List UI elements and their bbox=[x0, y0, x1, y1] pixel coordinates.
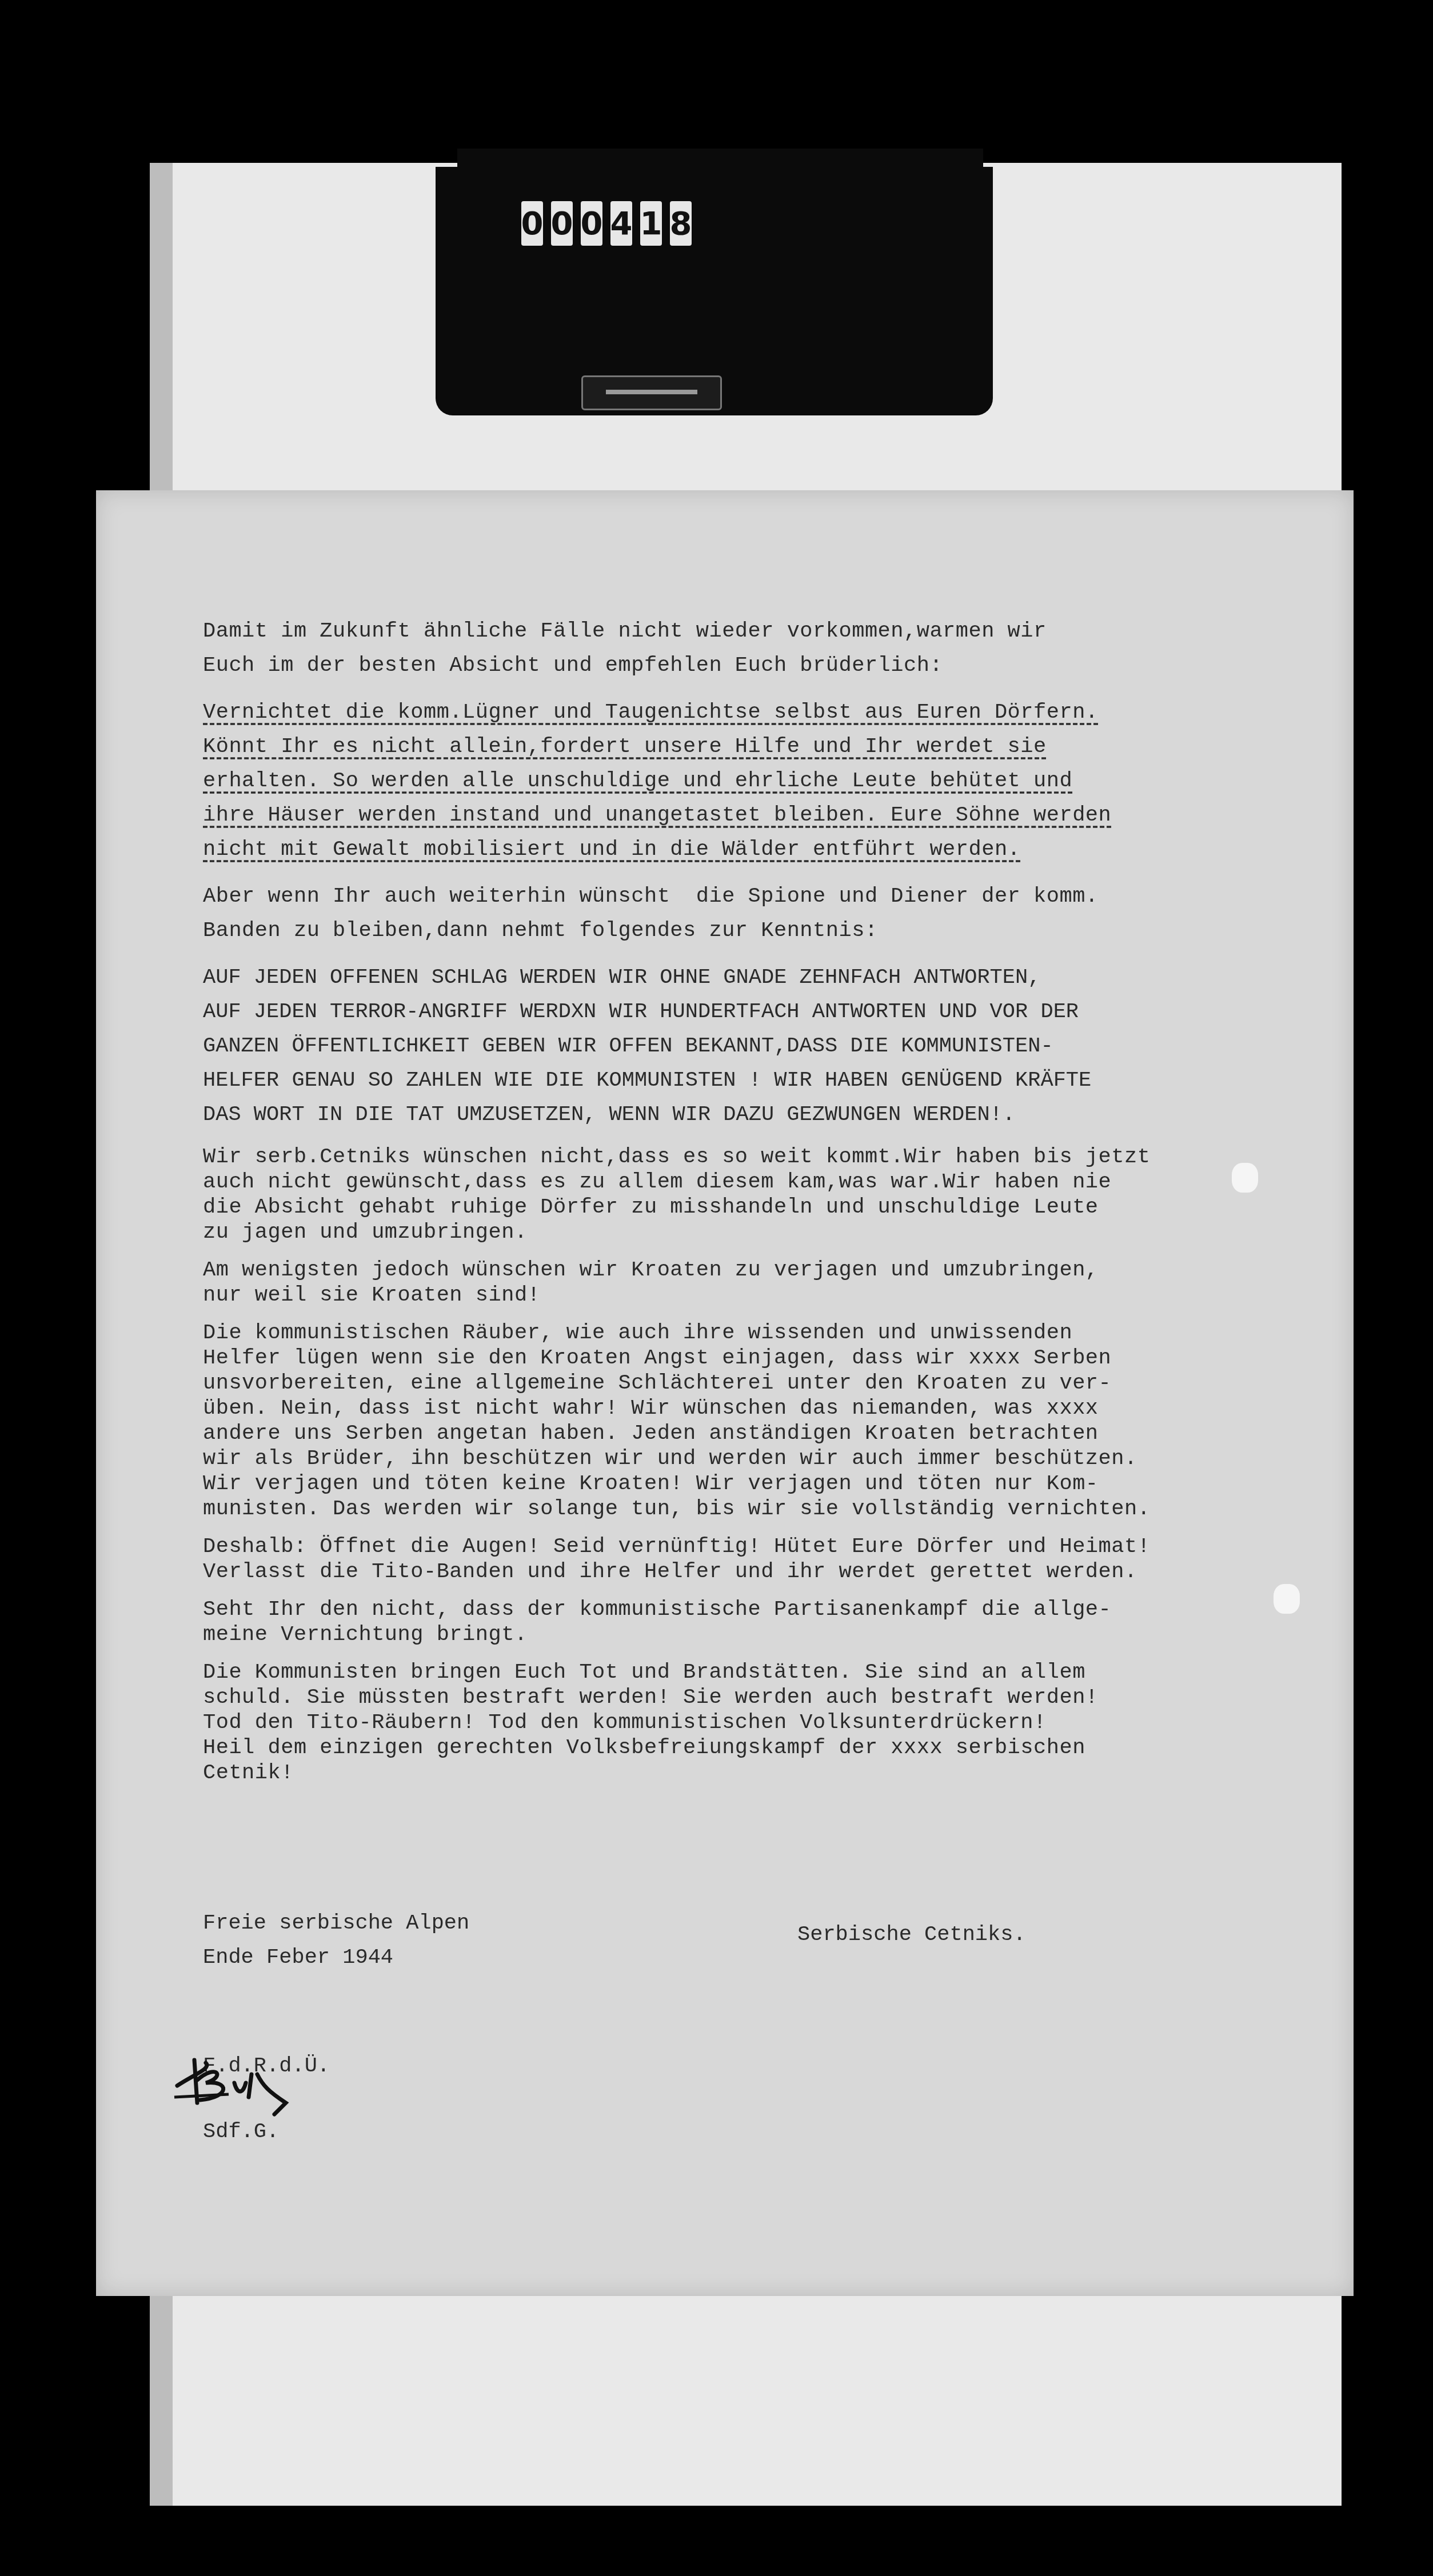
text-line: zu jagen und umzubringen. bbox=[203, 1220, 1358, 1245]
paragraph: Vernichtet die komm.Lügner und Taugenich… bbox=[203, 695, 1358, 867]
text-line: Verlasst die Tito-Banden und ihre Helfer… bbox=[203, 1559, 1358, 1585]
paragraph: Am wenigsten jedoch wünschen wir Kroaten… bbox=[203, 1258, 1358, 1308]
text-line: Die kommunistischen Räuber, wie auch ihr… bbox=[203, 1321, 1358, 1346]
text-line: Aber wenn Ihr auch weiterhin wünscht die… bbox=[203, 879, 1358, 914]
handwritten-signature bbox=[171, 2051, 360, 2120]
text-line: andere uns Serben angetan haben. Jeden a… bbox=[203, 1421, 1358, 1446]
text-line: Am wenigsten jedoch wünschen wir Kroaten… bbox=[203, 1258, 1358, 1283]
closing-date: Ende Feber 1944 bbox=[203, 1946, 393, 1970]
paragraph-gap bbox=[203, 1786, 1358, 1798]
text-line: munisten. Das werden wir solange tun, bi… bbox=[203, 1497, 1358, 1522]
signer-rank: Sdf.G. bbox=[203, 2120, 279, 2144]
counter-digit: 0 bbox=[551, 201, 573, 246]
paragraph: Damit im Zukunft ähnliche Fälle nicht wi… bbox=[203, 614, 1358, 683]
text-line: Die Kommunisten bringen Euch Tot und Bra… bbox=[203, 1660, 1358, 1685]
text-line: nur weil sie Kroaten sind! bbox=[203, 1283, 1358, 1308]
paragraph: AUF JEDEN OFFENEN SCHLAG WERDEN WIR OHNE… bbox=[203, 961, 1358, 1132]
paragraph: Die kommunistischen Räuber, wie auch ihr… bbox=[203, 1321, 1358, 1522]
right-margin-dark bbox=[1354, 490, 1433, 2576]
paragraph: Deshalb: Öffnet die Augen! Seid vernünft… bbox=[203, 1534, 1358, 1585]
text-line: AUF JEDEN OFFENEN SCHLAG WERDEN WIR OHNE… bbox=[203, 961, 1358, 995]
paragraph-gap bbox=[203, 1245, 1358, 1258]
text-line: Vernichtet die komm.Lügner und Taugenich… bbox=[203, 695, 1358, 730]
text-line: Helfer lügen wenn sie den Kroaten Angst … bbox=[203, 1346, 1358, 1371]
paragraph: Wir serb.Cetniks wünschen nicht,dass es … bbox=[203, 1145, 1358, 1245]
counter-digit: 0 bbox=[521, 201, 543, 246]
frame-counter-digits: 000418 bbox=[521, 201, 692, 246]
text-line: schuld. Sie müssten bestraft werden! Sie… bbox=[203, 1685, 1358, 1710]
frame-counter-plate bbox=[581, 375, 722, 410]
paragraph-gap bbox=[203, 1647, 1358, 1660]
paragraph-gap bbox=[203, 683, 1358, 695]
text-line: wir als Brüder, ihn beschützen wir und w… bbox=[203, 1446, 1358, 1471]
text-line: Heil dem einzigen gerechten Volksbefreiu… bbox=[203, 1735, 1358, 1761]
text-line: Tod den Tito-Räubern! Tod den kommunisti… bbox=[203, 1710, 1358, 1735]
paragraph: Die Kommunisten bringen Euch Tot und Bra… bbox=[203, 1660, 1358, 1786]
text-line: Seht Ihr den nicht, dass der kommunistis… bbox=[203, 1597, 1358, 1622]
text-line: unsvorbereiten, eine allgemeine Schlächt… bbox=[203, 1371, 1358, 1396]
counter-digit: 1 bbox=[640, 201, 662, 246]
text-line: Deshalb: Öffnet die Augen! Seid vernünft… bbox=[203, 1534, 1358, 1559]
paragraph-gap bbox=[203, 1308, 1358, 1321]
paragraph: Seht Ihr den nicht, dass der kommunistis… bbox=[203, 1597, 1358, 1647]
text-line: nicht mit Gewalt mobilisiert und in die … bbox=[203, 833, 1358, 867]
text-line: Wir verjagen und töten keine Kroaten! Wi… bbox=[203, 1471, 1358, 1497]
paragraph-gap bbox=[203, 1132, 1358, 1145]
text-line: Cetnik! bbox=[203, 1761, 1358, 1786]
paragraph-gap bbox=[203, 948, 1358, 961]
text-line: Könnt Ihr es nicht allein,fordert unsere… bbox=[203, 730, 1358, 764]
paragraph-gap bbox=[203, 1585, 1358, 1597]
counter-digit: 0 bbox=[581, 201, 602, 246]
text-line: auch nicht gewünscht,dass es zu allem di… bbox=[203, 1170, 1358, 1195]
text-line: Banden zu bleiben,dann nehmt folgendes z… bbox=[203, 914, 1358, 948]
text-line: ihre Häuser werden instand und unangetas… bbox=[203, 798, 1358, 833]
text-line: AUF JEDEN TERROR-ANGRIFF WERDXN WIR HUND… bbox=[203, 995, 1358, 1029]
closing-signatory: Serbische Cetniks. bbox=[797, 1923, 1026, 1947]
paragraph-gap bbox=[203, 867, 1358, 879]
text-line: Damit im Zukunft ähnliche Fälle nicht wi… bbox=[203, 614, 1358, 649]
counter-digit: 8 bbox=[670, 201, 692, 246]
text-line: HELFER GENAU SO ZAHLEN WIE DIE KOMMUNIST… bbox=[203, 1063, 1358, 1098]
text-line: erhalten. So werden alle unschuldige und… bbox=[203, 764, 1358, 798]
text-line: Wir serb.Cetniks wünschen nicht,dass es … bbox=[203, 1145, 1358, 1170]
text-line: meine Vernichtung bringt. bbox=[203, 1622, 1358, 1647]
paragraph: Aber wenn Ihr auch weiterhin wünscht die… bbox=[203, 879, 1358, 948]
document-body: Damit im Zukunft ähnliche Fälle nicht wi… bbox=[203, 614, 1358, 1798]
frame-counter: 000418 bbox=[436, 167, 993, 415]
closing-place: Freie serbische Alpen bbox=[203, 1911, 469, 1935]
text-line: GANZEN ÖFFENTLICHKEIT GEBEN WIR OFFEN BE… bbox=[203, 1029, 1358, 1063]
text-line: Euch im der besten Absicht und empfehlen… bbox=[203, 649, 1358, 683]
text-line: üben. Nein, dass ist nicht wahr! Wir wün… bbox=[203, 1396, 1358, 1421]
counter-digit: 4 bbox=[610, 201, 632, 246]
text-line: DAS WORT IN DIE TAT UMZUSETZEN, WENN WIR… bbox=[203, 1098, 1358, 1132]
text-line: die Absicht gehabt ruhige Dörfer zu miss… bbox=[203, 1195, 1358, 1220]
paragraph-gap bbox=[203, 1522, 1358, 1534]
